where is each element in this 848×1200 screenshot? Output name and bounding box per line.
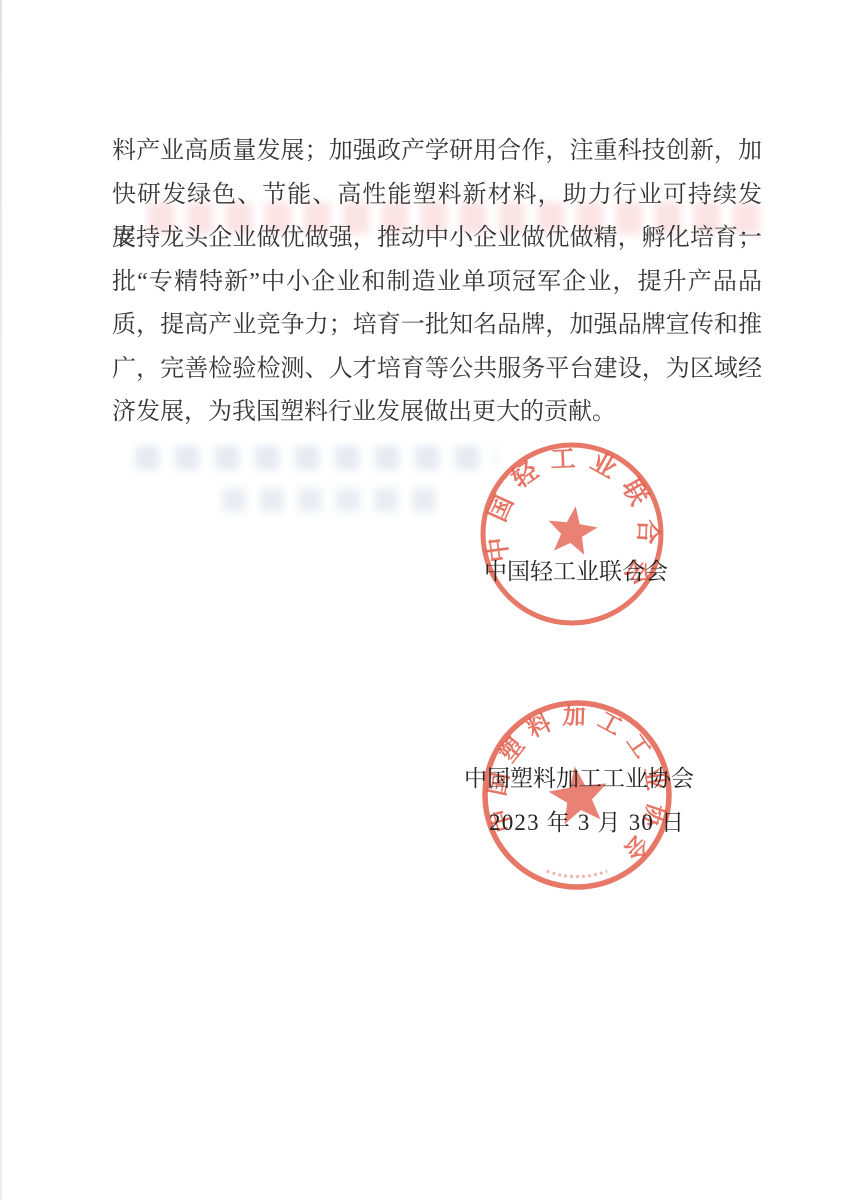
body-line: 济发展，为我国塑料行业发展做出更大的贡献。 [112,391,762,435]
scan-edge-artifact [0,0,2,1200]
official-seal-light-industry: 中国轻工业联合会 [476,438,668,630]
bleedthrough-gray-text-2 [222,488,448,512]
body-line: 料产业高质量发展；加强政产学研用合作，注重科技创新，加 [112,130,762,174]
seal-star-icon [545,503,600,556]
signature-org-plastics-association: 中国塑料加工工业协会 [464,760,694,793]
body-line: 支持龙头企业做优做强，推动中小企业做优做精，孵化培育一 [112,217,762,261]
body-line: 广，完善检验检测、人才培育等公共服务平台建设，为区域经 [112,348,762,392]
body-line: 质，提高产业竞争力；培育一批知名品牌，加强品牌宣传和推 [112,304,762,348]
body-line: 批“专精特新”中小企业和制造业单项冠军企业，提升产品品 [112,261,762,305]
bleedthrough-gray-text-1 [135,446,497,470]
body-paragraph: 料产业高质量发展；加强政产学研用合作，注重科技创新，加 快研发绿色、节能、高性能… [112,130,762,435]
body-line: 快研发绿色、节能、高性能塑料新材料，助力行业可持续发展； [112,174,762,218]
document-page: 料产业高质量发展；加强政产学研用合作，注重科技创新，加 快研发绿色、节能、高性能… [0,0,848,1200]
seal-serial-marks [547,871,607,877]
signature-org-light-industry: 中国轻工业联合会 [484,553,668,586]
official-seal-plastics-association: 中国塑料加工工业协会 [474,692,680,898]
signature-date: 2023 年 3 月 30 日 [489,804,685,837]
